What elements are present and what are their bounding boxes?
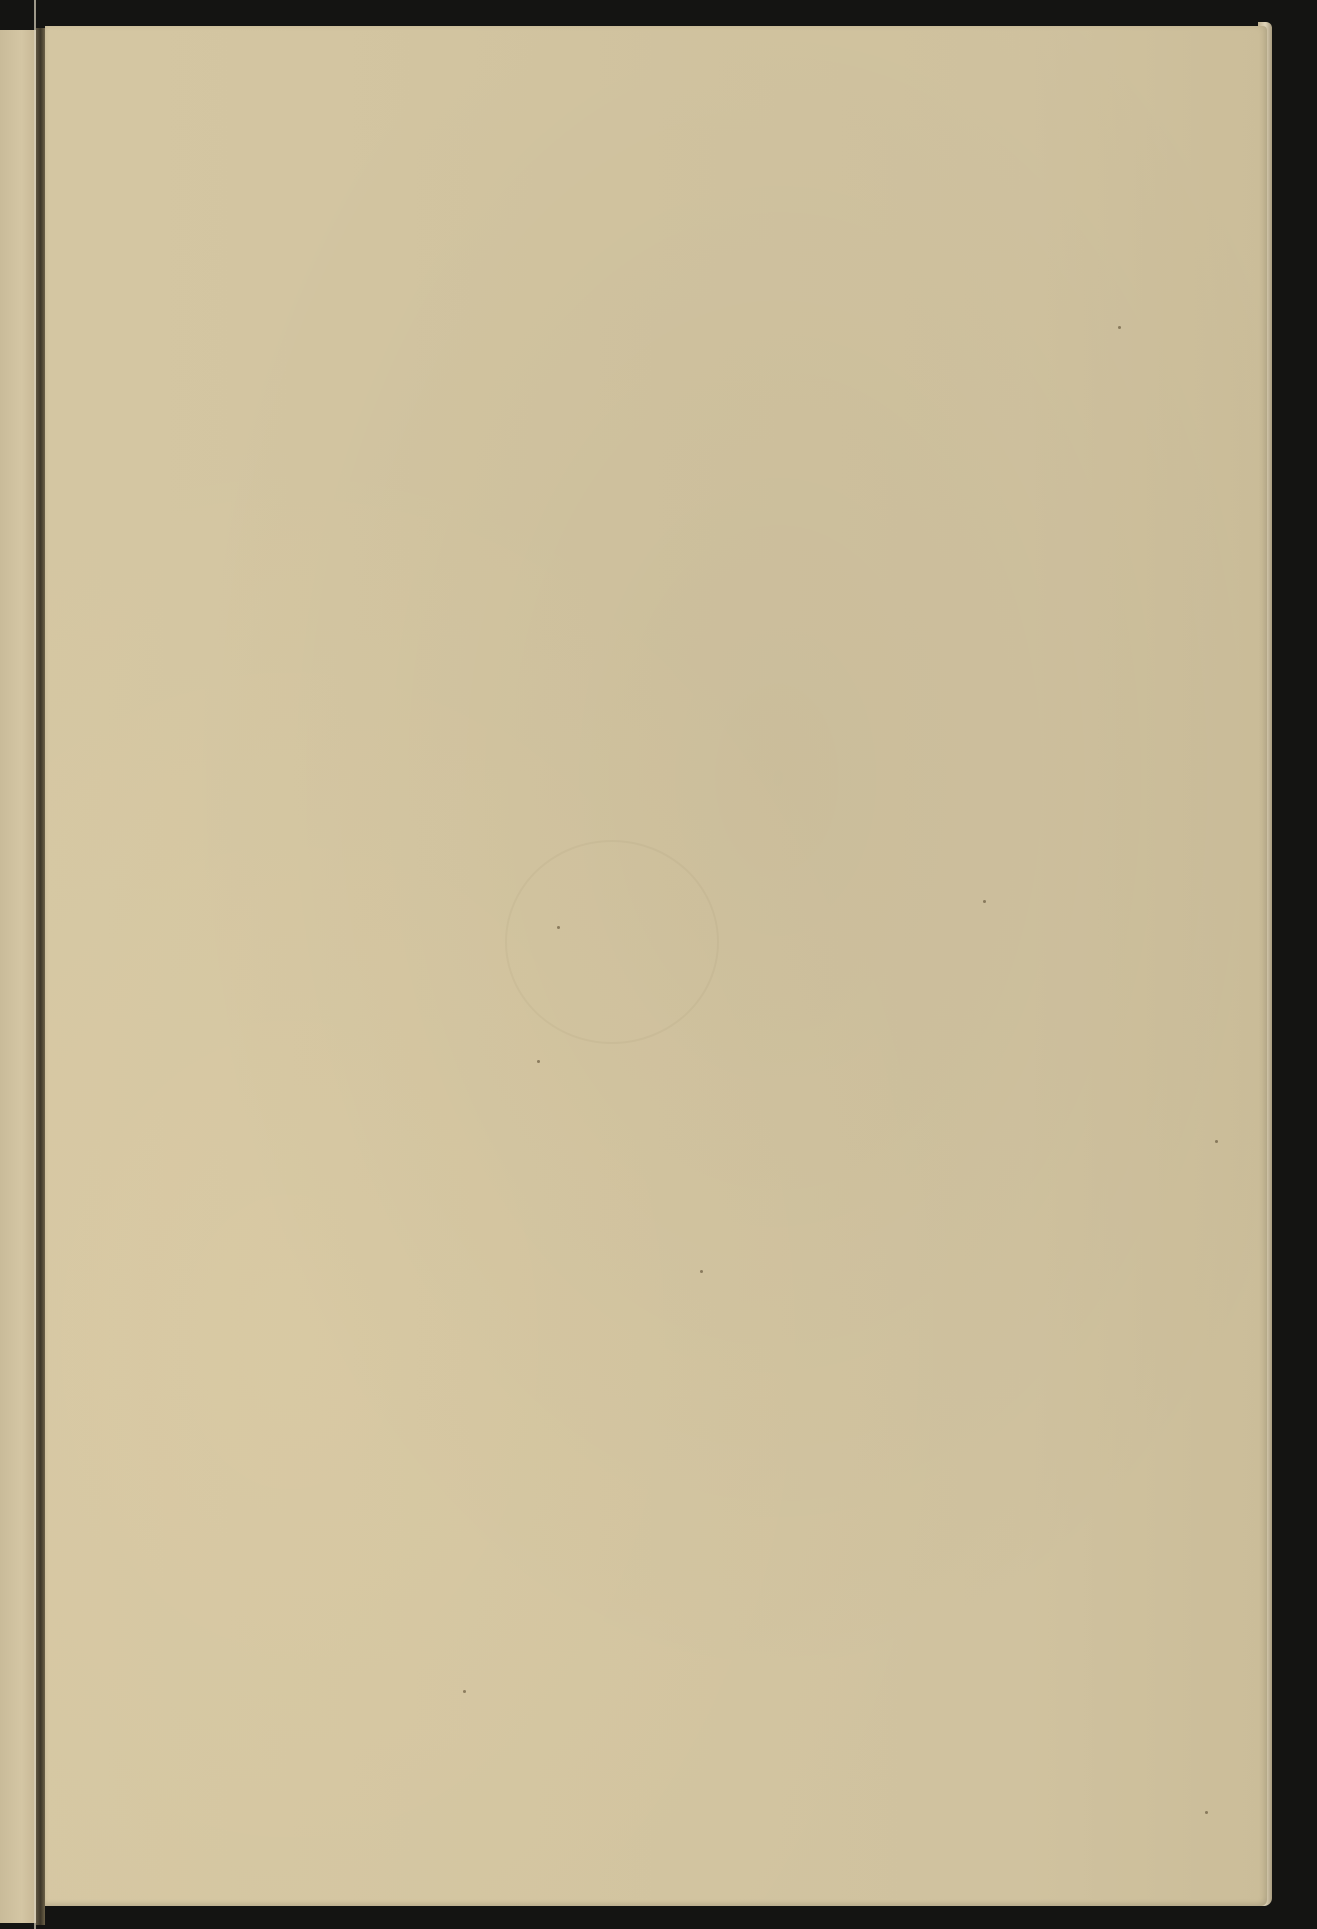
faint-watermark — [505, 840, 719, 1044]
paper-speck — [463, 1690, 466, 1693]
paper-speck — [983, 900, 986, 903]
paper-speck — [1118, 326, 1121, 329]
paper-speck — [1215, 1140, 1218, 1143]
paper-speck — [537, 1060, 540, 1063]
left-page-edge — [0, 30, 36, 1923]
paper-speck — [700, 1270, 703, 1273]
paper-speck — [1205, 1811, 1208, 1814]
paper-speck — [557, 926, 560, 929]
book-gutter — [36, 28, 45, 1925]
